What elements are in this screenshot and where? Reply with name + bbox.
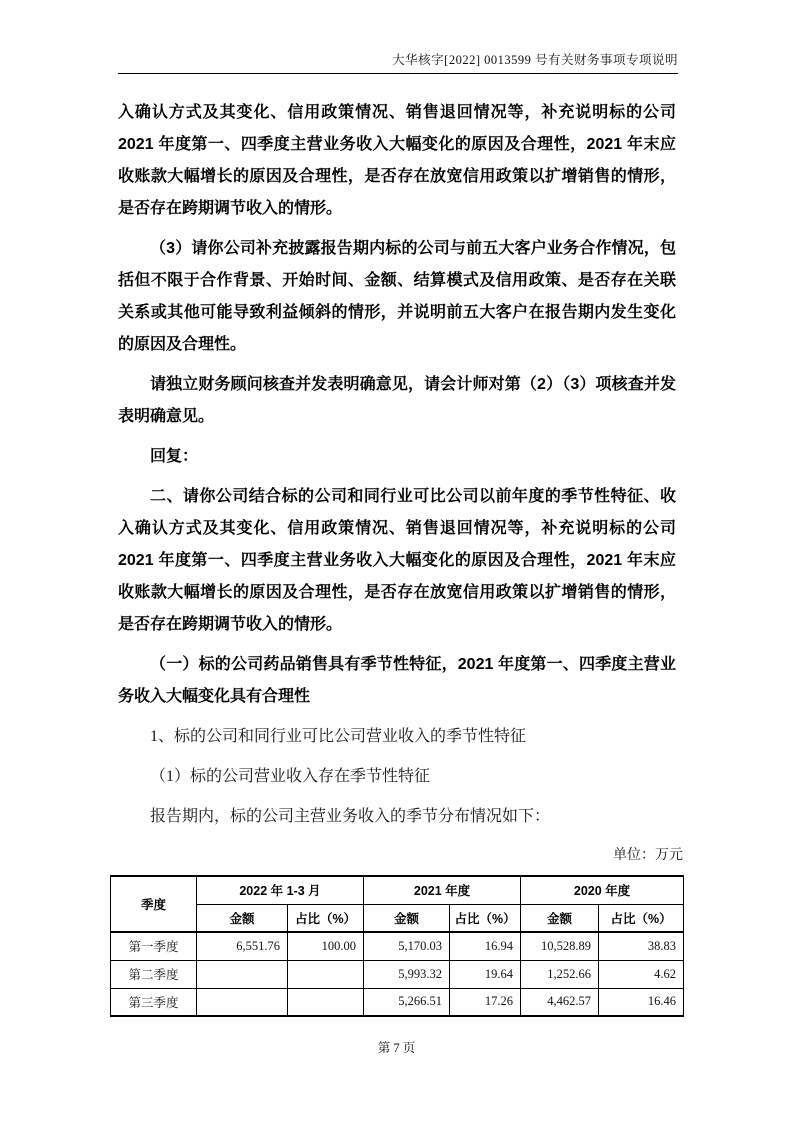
table-row-q3: 第三季度 5,266.51 17.26 4,462.57 16.46 bbox=[111, 988, 684, 1016]
q2-2020-ratio: 4.62 bbox=[599, 960, 684, 988]
table-group-2022: 2022 年 1-3 月 bbox=[197, 876, 364, 904]
heading-seasonality-1: 1、标的公司和同行业可比公司营业收入的季节性特征 bbox=[118, 721, 676, 753]
table-group-2020: 2020 年度 bbox=[521, 876, 684, 904]
para-question-2: 二、请你公司结合标的公司和同行业可比公司以前年度的季节性特征、收入确认方式及其变… bbox=[118, 481, 676, 641]
col-2022-amount: 金额 bbox=[197, 904, 288, 932]
q3-2022-amount bbox=[197, 988, 288, 1016]
quarter-label: 第三季度 bbox=[111, 988, 197, 1016]
q3-2020-ratio: 16.46 bbox=[599, 988, 684, 1016]
header-title: 大华核字[2022] 0013599 号有关财务事项专项说明 bbox=[118, 50, 678, 74]
table-corner-header: 季度 bbox=[111, 876, 197, 932]
q1-2020-amount: 10,528.89 bbox=[521, 932, 599, 960]
table-subheader-row: 金额 占比（%） 金额 占比（%） 金额 占比（%） bbox=[111, 904, 684, 932]
q1-2020-ratio: 38.83 bbox=[599, 932, 684, 960]
col-2020-amount: 金额 bbox=[521, 904, 599, 932]
col-2022-ratio: 占比（%） bbox=[288, 904, 364, 932]
q3-2020-amount: 4,462.57 bbox=[521, 988, 599, 1016]
col-2021-amount: 金额 bbox=[364, 904, 450, 932]
revenue-seasonality-table: 季度 2022 年 1-3 月 2021 年度 2020 年度 金额 占比（%）… bbox=[110, 875, 684, 1017]
quarter-label: 第一季度 bbox=[111, 932, 197, 960]
q2-2022-ratio bbox=[288, 960, 364, 988]
q1-2021-amount: 5,170.03 bbox=[364, 932, 450, 960]
q2-2021-amount: 5,993.32 bbox=[364, 960, 450, 988]
para-verification-request: 请独立财务顾问核查并发表明确意见，请会计师对第（2）（3）项核查并发表明确意见。 bbox=[118, 369, 676, 433]
table-group-header-row: 季度 2022 年 1-3 月 2021 年度 2020 年度 bbox=[111, 876, 684, 904]
page-content: 入确认方式及其变化、信用政策情况、销售退回情况等，补充说明标的公司 2021 年… bbox=[118, 97, 676, 1017]
para-table-intro: 报告期内，标的公司主营业务收入的季节分布情况如下： bbox=[118, 801, 676, 833]
q3-2021-amount: 5,266.51 bbox=[364, 988, 450, 1016]
quarter-label: 第二季度 bbox=[111, 960, 197, 988]
table-group-2021: 2021 年度 bbox=[364, 876, 521, 904]
q1-2022-ratio: 100.00 bbox=[288, 932, 364, 960]
page-header: 大华核字[2022] 0013599 号有关财务事项专项说明 bbox=[118, 50, 678, 74]
col-2021-ratio: 占比（%） bbox=[450, 904, 521, 932]
document-page: 大华核字[2022] 0013599 号有关财务事项专项说明 入确认方式及其变化… bbox=[0, 0, 793, 1122]
q2-2022-amount bbox=[197, 960, 288, 988]
q1-2021-ratio: 16.94 bbox=[450, 932, 521, 960]
col-2020-ratio: 占比（%） bbox=[599, 904, 684, 932]
reply-label: 回复： bbox=[118, 441, 676, 473]
table-unit-label: 单位：万元 bbox=[118, 841, 683, 871]
heading-seasonality-1-1: （1）标的公司营业收入存在季节性特征 bbox=[118, 761, 676, 793]
page-number: 第 7 页 bbox=[0, 1038, 793, 1056]
q2-2021-ratio: 19.64 bbox=[450, 960, 521, 988]
table-row-q1: 第一季度 6,551.76 100.00 5,170.03 16.94 10,5… bbox=[111, 932, 684, 960]
q3-2021-ratio: 17.26 bbox=[450, 988, 521, 1016]
q2-2020-amount: 1,252.66 bbox=[521, 960, 599, 988]
q1-2022-amount: 6,551.76 bbox=[197, 932, 288, 960]
para-continuation: 入确认方式及其变化、信用政策情况、销售退回情况等，补充说明标的公司 2021 年… bbox=[118, 97, 676, 225]
para-question-item-3: （3）请你公司补充披露报告期内标的公司与前五大客户业务合作情况，包括但不限于合作… bbox=[118, 233, 676, 361]
table-row-q2: 第二季度 5,993.32 19.64 1,252.66 4.62 bbox=[111, 960, 684, 988]
q3-2022-ratio bbox=[288, 988, 364, 1016]
heading-section-1: （一）标的公司药品销售具有季节性特征，2021 年度第一、四季度主营业务收入大幅… bbox=[118, 649, 676, 713]
